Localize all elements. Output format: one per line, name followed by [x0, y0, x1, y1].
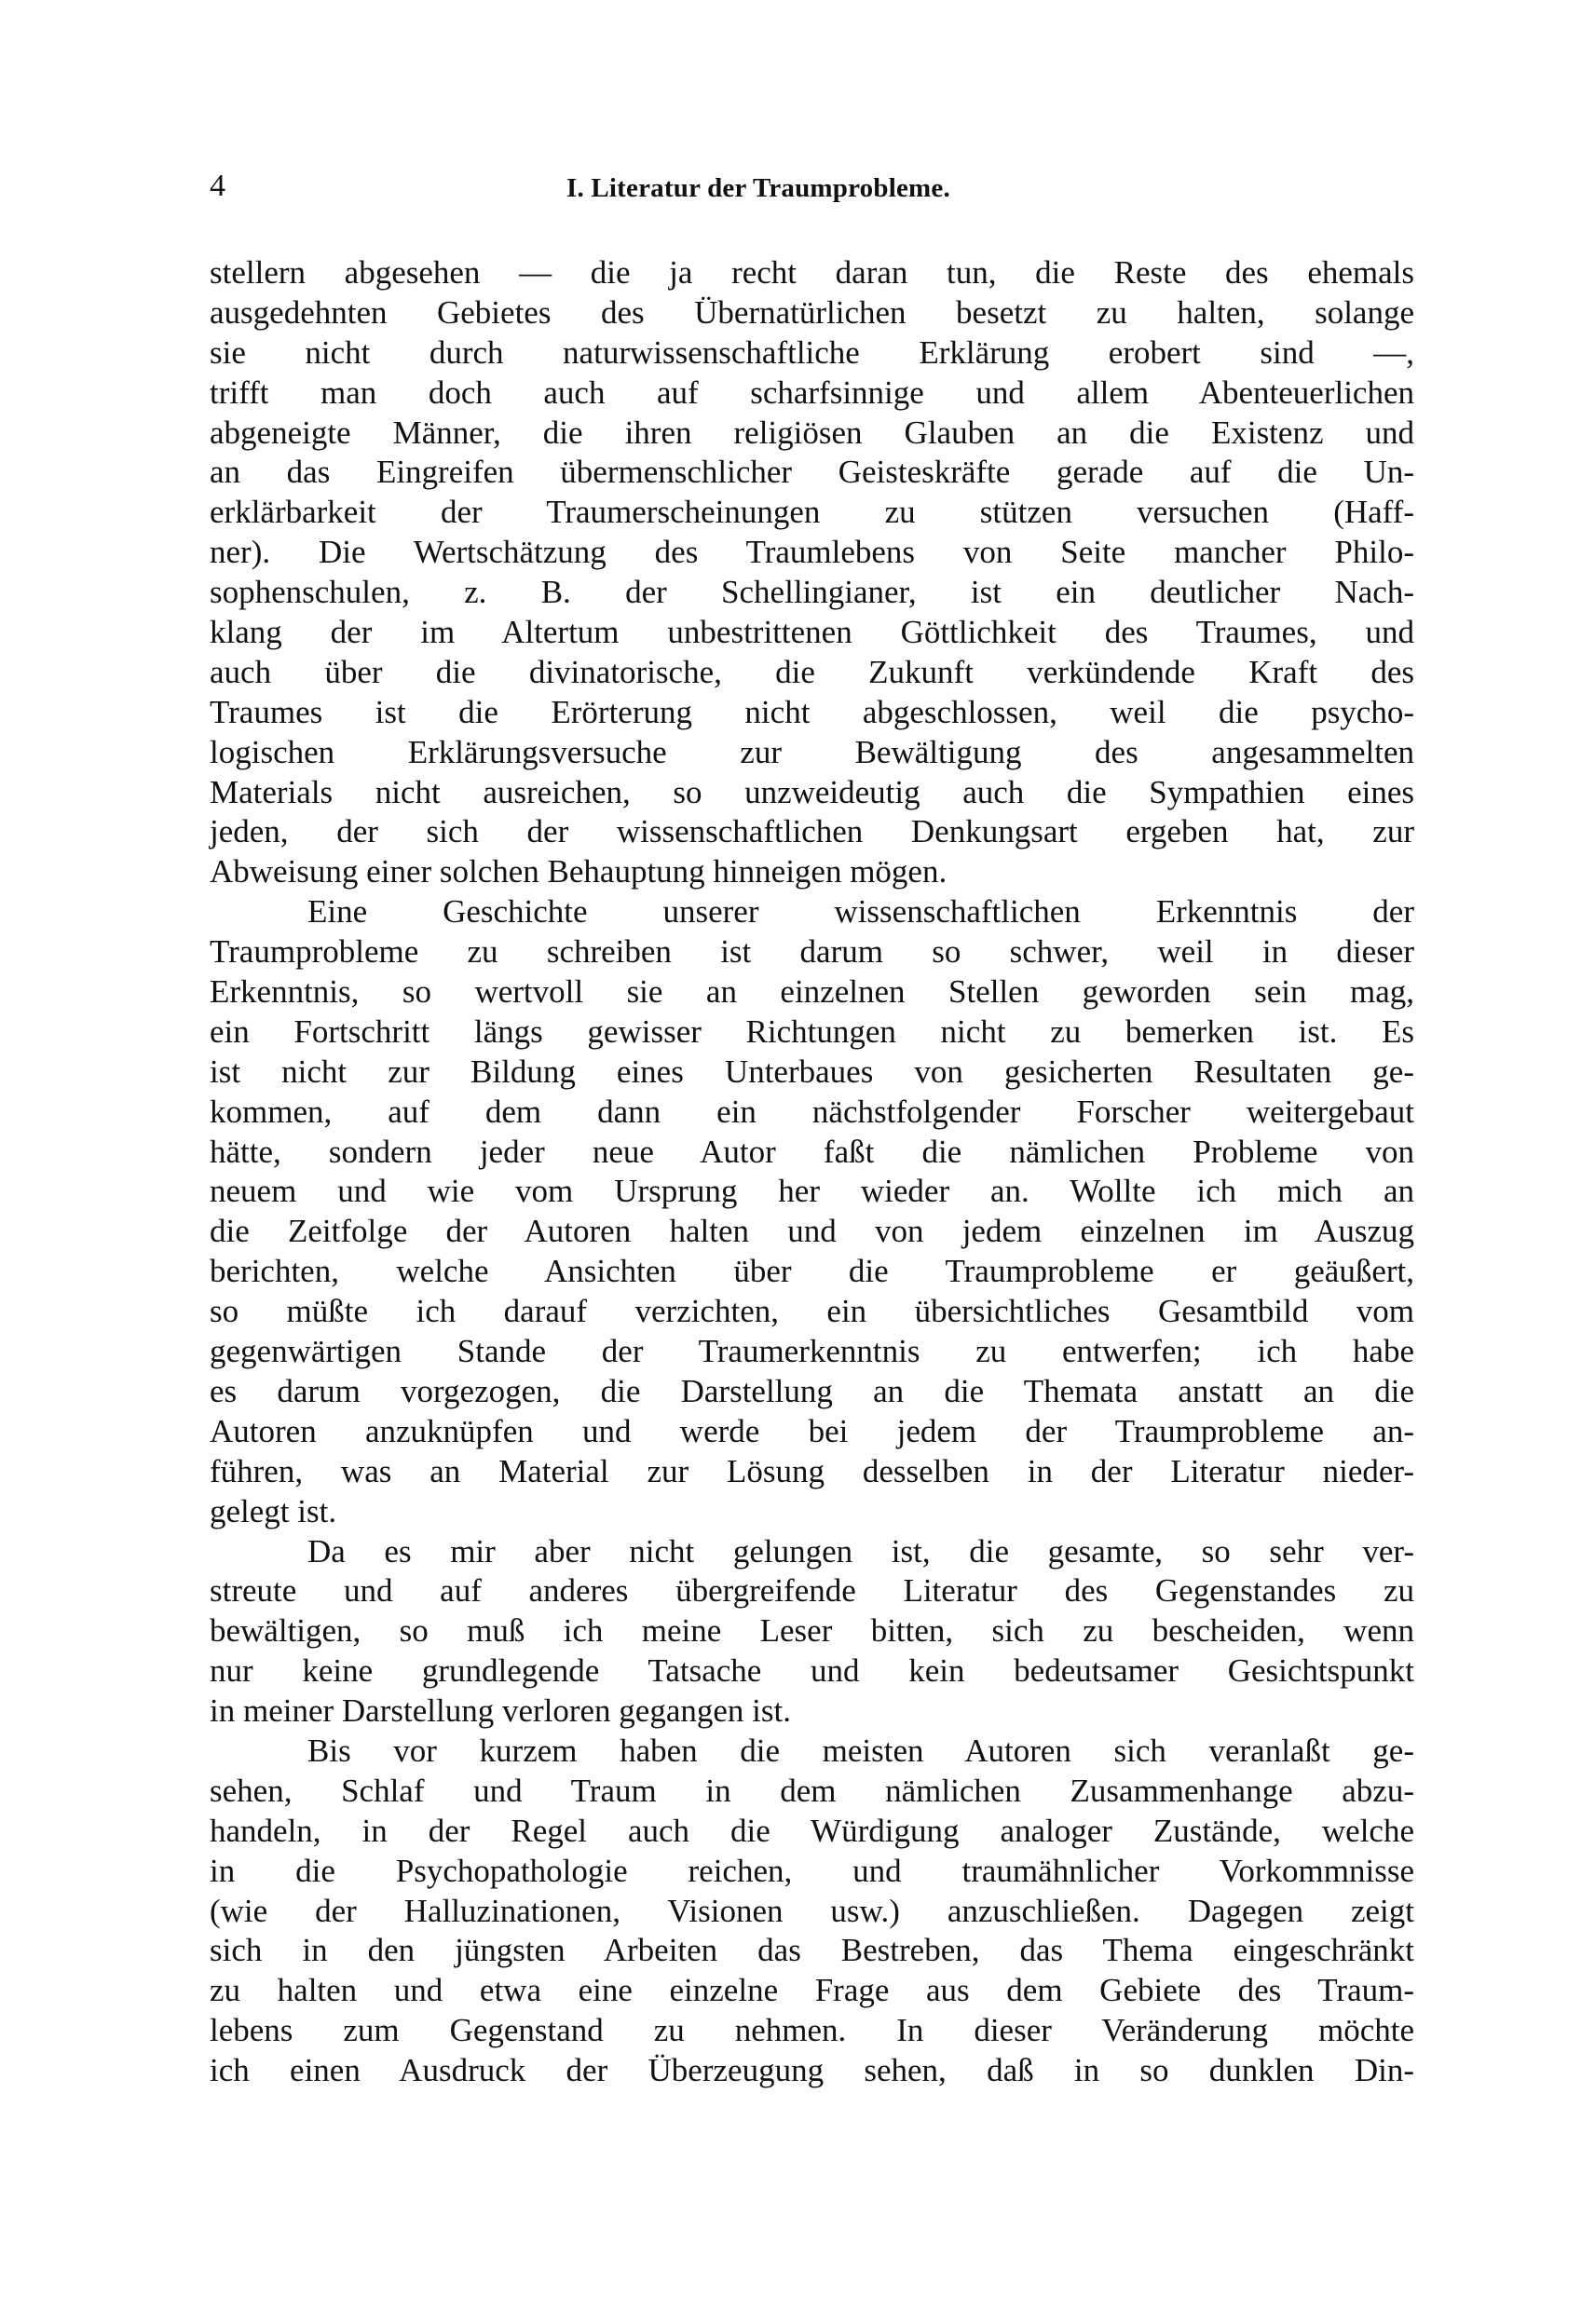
text-line: neuem und wie vom Ursprung her wieder an… — [210, 1172, 1414, 1212]
text-line: Materials nicht ausreichen, so unzweideu… — [210, 773, 1414, 813]
text-line: streute und auf anderes übergreifende Li… — [210, 1571, 1414, 1611]
paragraph-4: Bis vor kurzem haben die meisten Autoren… — [210, 1732, 1414, 2091]
text-line: Traumes ist die Erörterung nicht abgesch… — [210, 693, 1414, 733]
paragraph-3: Da es mir aber nicht gelungen ist, die g… — [210, 1532, 1414, 1732]
text-line: gelegt ist. — [210, 1492, 1414, 1532]
text-line: Erkenntnis, so wertvoll sie an einzelnen… — [210, 972, 1414, 1013]
text-line: hätte, sondern jeder neue Autor faßt die… — [210, 1133, 1414, 1173]
chapter-title: I. Literatur der Traumprobleme. — [566, 168, 950, 209]
text-line: bewältigen, so muß ich meine Leser bitte… — [210, 1611, 1414, 1651]
text-line: Autoren anzuknüpfen und werde bei jedem … — [210, 1412, 1414, 1452]
text-line: es darum vorgezogen, die Darstellung an … — [210, 1372, 1414, 1412]
text-line: Eine Geschichte unserer wissenschaftlich… — [210, 892, 1414, 932]
text-line: ist nicht zur Bildung eines Unterbaues v… — [210, 1053, 1414, 1093]
paragraph-1: stellern abgesehen — die ja recht daran … — [210, 253, 1414, 892]
text-line: kommen, auf dem dann ein nächstfolgender… — [210, 1093, 1414, 1133]
text-line: ner). Die Wertschätzung des Traumlebens … — [210, 533, 1414, 573]
text-line: gegenwärtigen Stande der Traumerkenntnis… — [210, 1332, 1414, 1372]
text-line: Bis vor kurzem haben die meisten Autoren… — [210, 1732, 1414, 1772]
text-line: abgeneigte Männer, die ihren religiösen … — [210, 414, 1414, 454]
text-line: sophenschulen, z. B. der Schellingianer,… — [210, 573, 1414, 613]
text-line: so müßte ich darauf verzichten, ein über… — [210, 1292, 1414, 1332]
text-line: zu halten und etwa eine einzelne Frage a… — [210, 1971, 1414, 2011]
text-line: trifft man doch auch auf scharfsinnige u… — [210, 374, 1414, 414]
text-line: in die Psychopathologie reichen, und tra… — [210, 1852, 1414, 1892]
text-line: ausgedehnten Gebietes des Übernatürliche… — [210, 293, 1414, 333]
text-line: erklärbarkeit der Traumerscheinungen zu … — [210, 493, 1414, 533]
text-line: ein Fortschritt längs gewisser Richtunge… — [210, 1013, 1414, 1053]
text-line: ich einen Ausdruck der Überzeugung sehen… — [210, 2051, 1414, 2091]
page-number: 4 — [210, 166, 225, 207]
text-line: Abweisung einer solchen Behauptung hinne… — [210, 852, 1414, 892]
running-head: 4 I. Literatur der Traumprobleme. — [210, 166, 1414, 207]
text-line: auch über die divinatorische, die Zukunf… — [210, 653, 1414, 693]
text-line: in meiner Darstellung verloren gegangen … — [210, 1692, 1414, 1732]
text-line: klang der im Altertum unbestrittenen Göt… — [210, 613, 1414, 653]
text-line: handeln, in der Regel auch die Würdigung… — [210, 1812, 1414, 1852]
text-line: sie nicht durch naturwissenschaftliche E… — [210, 333, 1414, 374]
text-line: nur keine grundlegende Tatsache und kein… — [210, 1651, 1414, 1692]
text-line: führen, was an Material zur Lösung desse… — [210, 1452, 1414, 1492]
text-line: jeden, der sich der wissenschaftlichen D… — [210, 812, 1414, 852]
paragraph-2: Eine Geschichte unserer wissenschaftlich… — [210, 892, 1414, 1531]
text-line: lebens zum Gegenstand zu nehmen. In dies… — [210, 2011, 1414, 2051]
body-text: stellern abgesehen — die ja recht daran … — [210, 253, 1414, 2091]
text-line: an das Eingreifen übermenschlicher Geist… — [210, 453, 1414, 493]
text-line: die Zeitfolge der Autoren halten und von… — [210, 1212, 1414, 1252]
text-line: sich in den jüngsten Arbeiten das Bestre… — [210, 1931, 1414, 1971]
book-page: 4 I. Literatur der Traumprobleme. stelle… — [0, 0, 1595, 2324]
text-line: logischen Erklärungsversuche zur Bewälti… — [210, 733, 1414, 773]
text-line: berichten, welche Ansichten über die Tra… — [210, 1252, 1414, 1292]
text-line: Traumprobleme zu schreiben ist darum so … — [210, 932, 1414, 972]
text-line: Da es mir aber nicht gelungen ist, die g… — [210, 1532, 1414, 1572]
text-line: sehen, Schlaf und Traum in dem nämlichen… — [210, 1772, 1414, 1812]
text-line: (wie der Halluzinationen, Visionen usw.)… — [210, 1892, 1414, 1932]
text-line: stellern abgesehen — die ja recht daran … — [210, 253, 1414, 293]
